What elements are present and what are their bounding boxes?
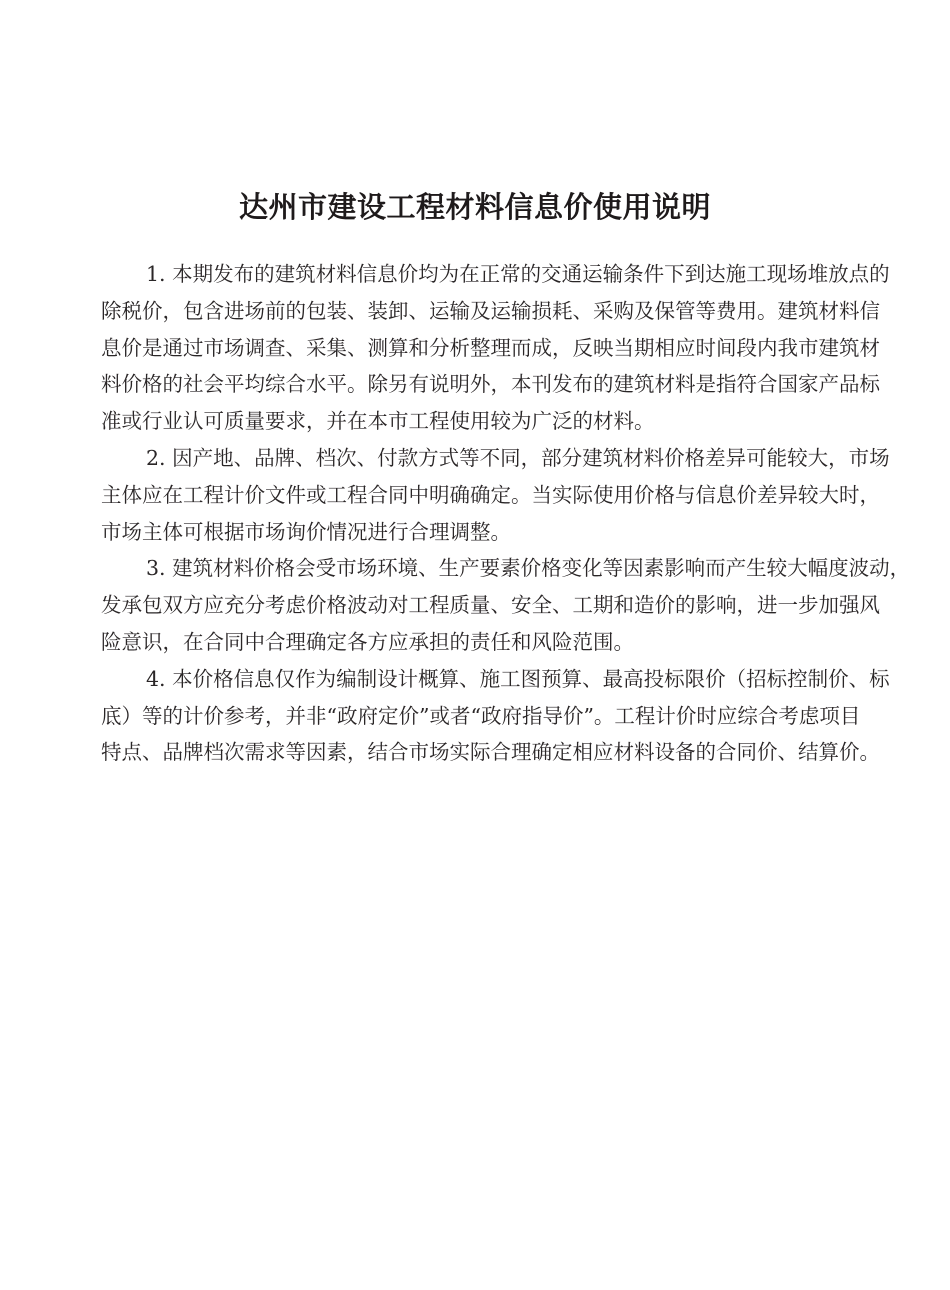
document-page: 达州市建设工程材料信息价使用说明 1. 本期发布的建筑材料信息价均为在正常的交通… — [0, 0, 950, 1290]
paragraph-line: 3. 建筑材料价格会受市场环境、生产要素价格变化等因素影响而产生较大幅度波动， — [101, 550, 849, 587]
paragraph-line: 特点、品牌档次需求等因素，结合市场实际合理确定相应材料设备的合同价、结算价。 — [101, 734, 849, 771]
paragraph-line: 2. 因产地、品牌、档次、付款方式等不同，部分建筑材料价格差异可能较大，市场 — [101, 440, 849, 477]
paragraph-line: 险意识，在合同中合理确定各方应承担的责任和风险范围。 — [101, 624, 849, 661]
paragraph-line: 发承包双方应充分考虑价格波动对工程质量、安全、工期和造价的影响，进一步加强风 — [101, 587, 849, 624]
paragraph-line: 息价是通过市场调查、采集、测算和分析整理而成，反映当期相应时间段内我市建筑材 — [101, 330, 849, 367]
paragraph-3: 3. 建筑材料价格会受市场环境、生产要素价格变化等因素影响而产生较大幅度波动， … — [101, 550, 849, 660]
paragraph-line: 市场主体可根据市场询价情况进行合理调整。 — [101, 514, 849, 551]
paragraph-line: 料价格的社会平均综合水平。除另有说明外，本刊发布的建筑材料是指符合国家产品标 — [101, 366, 849, 403]
paragraph-line: 主体应在工程计价文件或工程合同中明确确定。当实际使用价格与信息价差异较大时， — [101, 477, 849, 514]
paragraph-line: 底）等的计价参考，并非“政府定价”或者“政府指导价”。工程计价时应综合考虑项目 — [101, 698, 849, 735]
document-title: 达州市建设工程材料信息价使用说明 — [0, 185, 950, 229]
paragraph-2: 2. 因产地、品牌、档次、付款方式等不同，部分建筑材料价格差异可能较大，市场 主… — [101, 440, 849, 550]
paragraph-4: 4. 本价格信息仅作为编制设计概算、施工图预算、最高投标限价（招标控制价、标 底… — [101, 661, 849, 771]
paragraph-1: 1. 本期发布的建筑材料信息价均为在正常的交通运输条件下到达施工现场堆放点的 除… — [101, 256, 849, 440]
document-body: 1. 本期发布的建筑材料信息价均为在正常的交通运输条件下到达施工现场堆放点的 除… — [101, 256, 849, 771]
paragraph-line: 准或行业认可质量要求，并在本市工程使用较为广泛的材料。 — [101, 403, 849, 440]
paragraph-line: 除税价，包含进场前的包装、装卸、运输及运输损耗、采购及保管等费用。建筑材料信 — [101, 293, 849, 330]
paragraph-line: 1. 本期发布的建筑材料信息价均为在正常的交通运输条件下到达施工现场堆放点的 — [101, 256, 849, 293]
paragraph-line: 4. 本价格信息仅作为编制设计概算、施工图预算、最高投标限价（招标控制价、标 — [101, 661, 849, 698]
